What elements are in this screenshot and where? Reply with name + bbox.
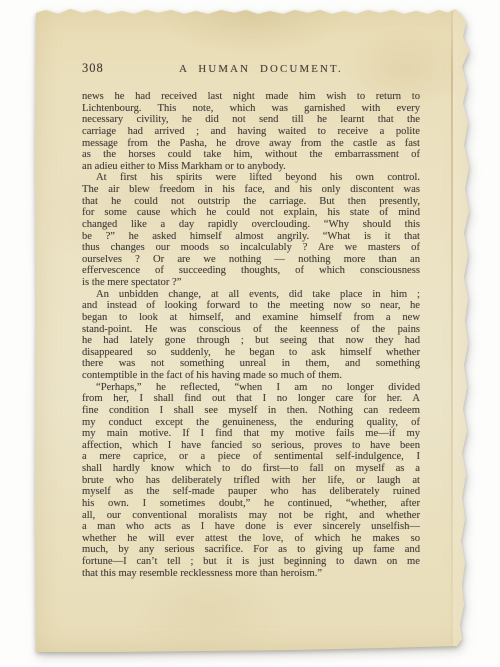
text-line: Lichtenbourg. This note, which was garni… <box>82 103 420 115</box>
text-line: disappeared so suddenly, he began to ask… <box>82 347 420 359</box>
book-page: 308 A HUMAN DOCUMENT. news he had receiv… <box>34 5 471 653</box>
text-line: that this may resemble recklessness more… <box>82 568 420 580</box>
text-line: At first his spirits were lifted beyond … <box>82 172 420 184</box>
text-line: fine condition I shall see myself in the… <box>82 405 420 417</box>
text-line: he had lately gone through ; but seeing … <box>82 335 420 347</box>
text-line: effervescence of succeeding thoughts, of… <box>82 265 420 277</box>
text-line: from her, I shall find out that I no lon… <box>82 393 420 405</box>
text-line: my conduct except the genuineness, the e… <box>82 417 420 429</box>
text-line: a mere caprice, or a piece of sentimenta… <box>82 451 420 463</box>
running-title: A HUMAN DOCUMENT. <box>138 63 384 75</box>
text-line: changed like a day rapidly overclouding.… <box>82 219 420 231</box>
text-line: message from the Pasha, he drove away fr… <box>82 138 420 150</box>
text-line: The air blew freedom in his face, and hi… <box>82 184 420 196</box>
text-line: his own. I sometimes doubt,” he continue… <box>82 498 420 510</box>
paper-edge-band <box>453 9 470 649</box>
text-line: brute who has deliberately trifled with … <box>82 475 420 487</box>
text-line: an adieu either to Miss Markham or to an… <box>82 161 420 173</box>
text-line: that he could not outstrip the carriage.… <box>82 196 420 208</box>
text-line: myself as the self-made pauper who has d… <box>82 486 420 498</box>
text-line: whether he will ever attest the love, of… <box>82 533 420 545</box>
text-line: “Perhaps,” he reflected, “when I am no l… <box>82 382 420 394</box>
text-line: much, by any serious sacrifice. For as t… <box>82 544 420 556</box>
text-line: is the mere spectator ?” <box>82 277 420 289</box>
paragraph: “Perhaps,” he reflected, “when I am no l… <box>82 382 420 580</box>
text-line: as the horses could take him, without th… <box>82 149 420 161</box>
page-header: 308 A HUMAN DOCUMENT. <box>82 61 420 75</box>
text-line: stand-point. He was conscious of the kee… <box>82 324 420 336</box>
text-line: shall hardly know which to do first—to f… <box>82 463 420 475</box>
paragraph: news he had received last night made him… <box>82 91 420 172</box>
page-content: 308 A HUMAN DOCUMENT. news he had receiv… <box>82 61 420 579</box>
text-line: all, our conventional moralists may not … <box>82 510 420 522</box>
text-line: began to look at himself, and examine hi… <box>82 312 420 324</box>
text-line: and instead of looking forward to the me… <box>82 300 420 312</box>
text-line: be ?” he asked himself almost angrily. “… <box>82 231 420 243</box>
text-line: thus changes our moods so incalculably ?… <box>82 242 420 254</box>
text-line: news he had received last night made him… <box>82 91 420 103</box>
text-line: necessary civility, he did not send till… <box>82 114 420 126</box>
page-number: 308 <box>82 61 138 76</box>
scan-background: 308 A HUMAN DOCUMENT. news he had receiv… <box>0 0 500 667</box>
page-body: news he had received last night made him… <box>82 91 420 579</box>
text-line: a man who acts as I have done is ever si… <box>82 521 420 533</box>
text-line: my main motive. If I find that my motive… <box>82 428 420 440</box>
paragraph: An unbidden change, at all events, did t… <box>82 289 420 382</box>
text-line: carriage had arrived ; and having waited… <box>82 126 420 138</box>
text-line: fortune—I can’t tell ; but it is just be… <box>82 556 420 568</box>
text-line: for some cause which he could not explai… <box>82 207 420 219</box>
text-line: contemptible in the fact of his having m… <box>82 370 420 382</box>
paragraph: At first his spirits were lifted beyond … <box>82 172 420 288</box>
text-line: An unbidden change, at all events, did t… <box>82 289 420 301</box>
text-line: there was not something unreal in them, … <box>82 358 420 370</box>
text-line: ourselves ? Or are we nothing — nothing … <box>82 254 420 266</box>
text-line: affection, which I have fancied so serio… <box>82 440 420 452</box>
